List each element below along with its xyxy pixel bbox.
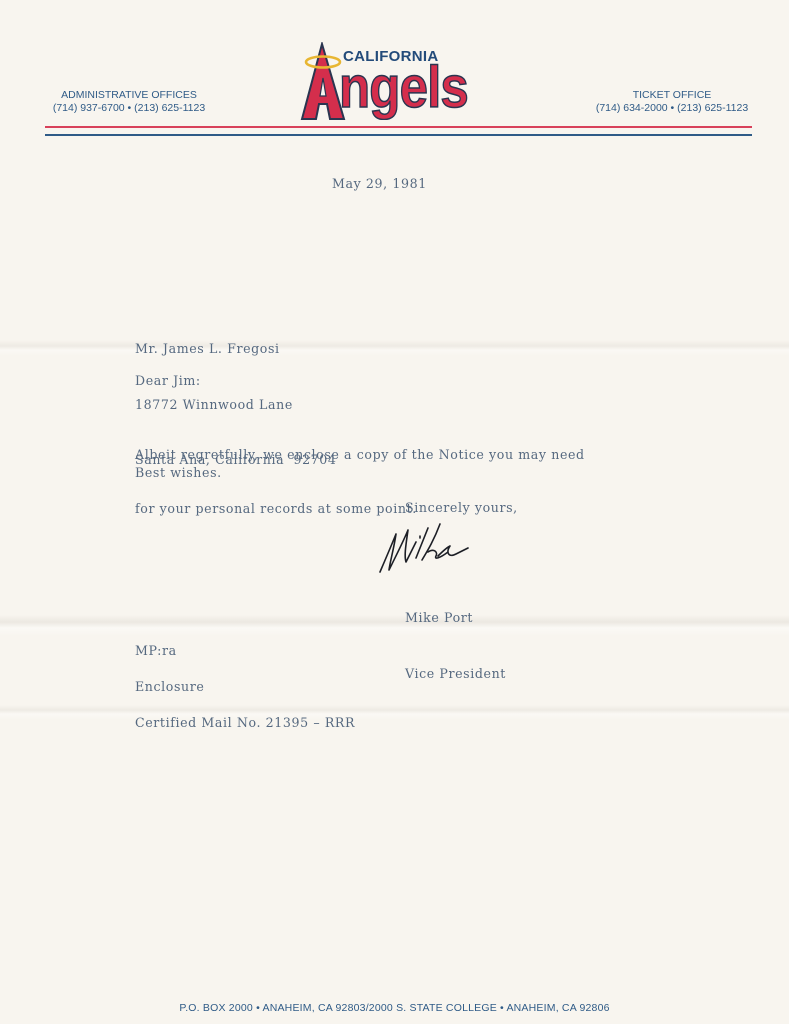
recipient-name: Mr. James L. Fregosi <box>135 340 337 359</box>
certified-mail-notation: Certified Mail No. 21395 – RRR <box>135 715 355 730</box>
enclosure-notation: Enclosure <box>135 679 204 694</box>
administrative-offices: ADMINISTRATIVE OFFICES (714) 937-6700 • … <box>44 89 214 115</box>
ticket-office-label: TICKET OFFICE <box>588 89 756 102</box>
body-line: Albeit regretfully, we enclose a copy of… <box>135 446 585 464</box>
ticket-office-phones: (714) 634-2000 • (213) 625-1123 <box>588 102 756 115</box>
closing-line: Best wishes. <box>135 465 222 480</box>
admin-offices-label: ADMINISTRATIVE OFFICES <box>44 89 214 102</box>
california-angels-logo: CALIFORNIA ngels <box>296 42 508 122</box>
footer-address: P.O. BOX 2000 • ANAHEIM, CA 92803/2000 S… <box>0 1002 789 1014</box>
complimentary-close: Sincerely yours, <box>405 500 518 515</box>
logo-angels-text: ngels <box>339 56 468 120</box>
reference-initials: MP:ra <box>135 643 177 658</box>
letterhead-rule-blue <box>45 134 752 136</box>
signer-block: Mike Port Vice President <box>405 572 506 720</box>
letter-page: ADMINISTRATIVE OFFICES (714) 937-6700 • … <box>0 0 789 1024</box>
ticket-office: TICKET OFFICE (714) 634-2000 • (213) 625… <box>588 89 756 115</box>
salutation: Dear Jim: <box>135 373 201 388</box>
letter-body: Albeit regretfully, we enclose a copy of… <box>135 410 585 554</box>
signer-name: Mike Port <box>405 609 506 628</box>
signer-title: Vice President <box>405 665 506 684</box>
handwritten-signature <box>376 518 471 576</box>
letter-date: May 29, 1981 <box>332 176 427 191</box>
letterhead-rule-red <box>45 126 752 128</box>
admin-offices-phones: (714) 937-6700 • (213) 625-1123 <box>44 102 214 115</box>
